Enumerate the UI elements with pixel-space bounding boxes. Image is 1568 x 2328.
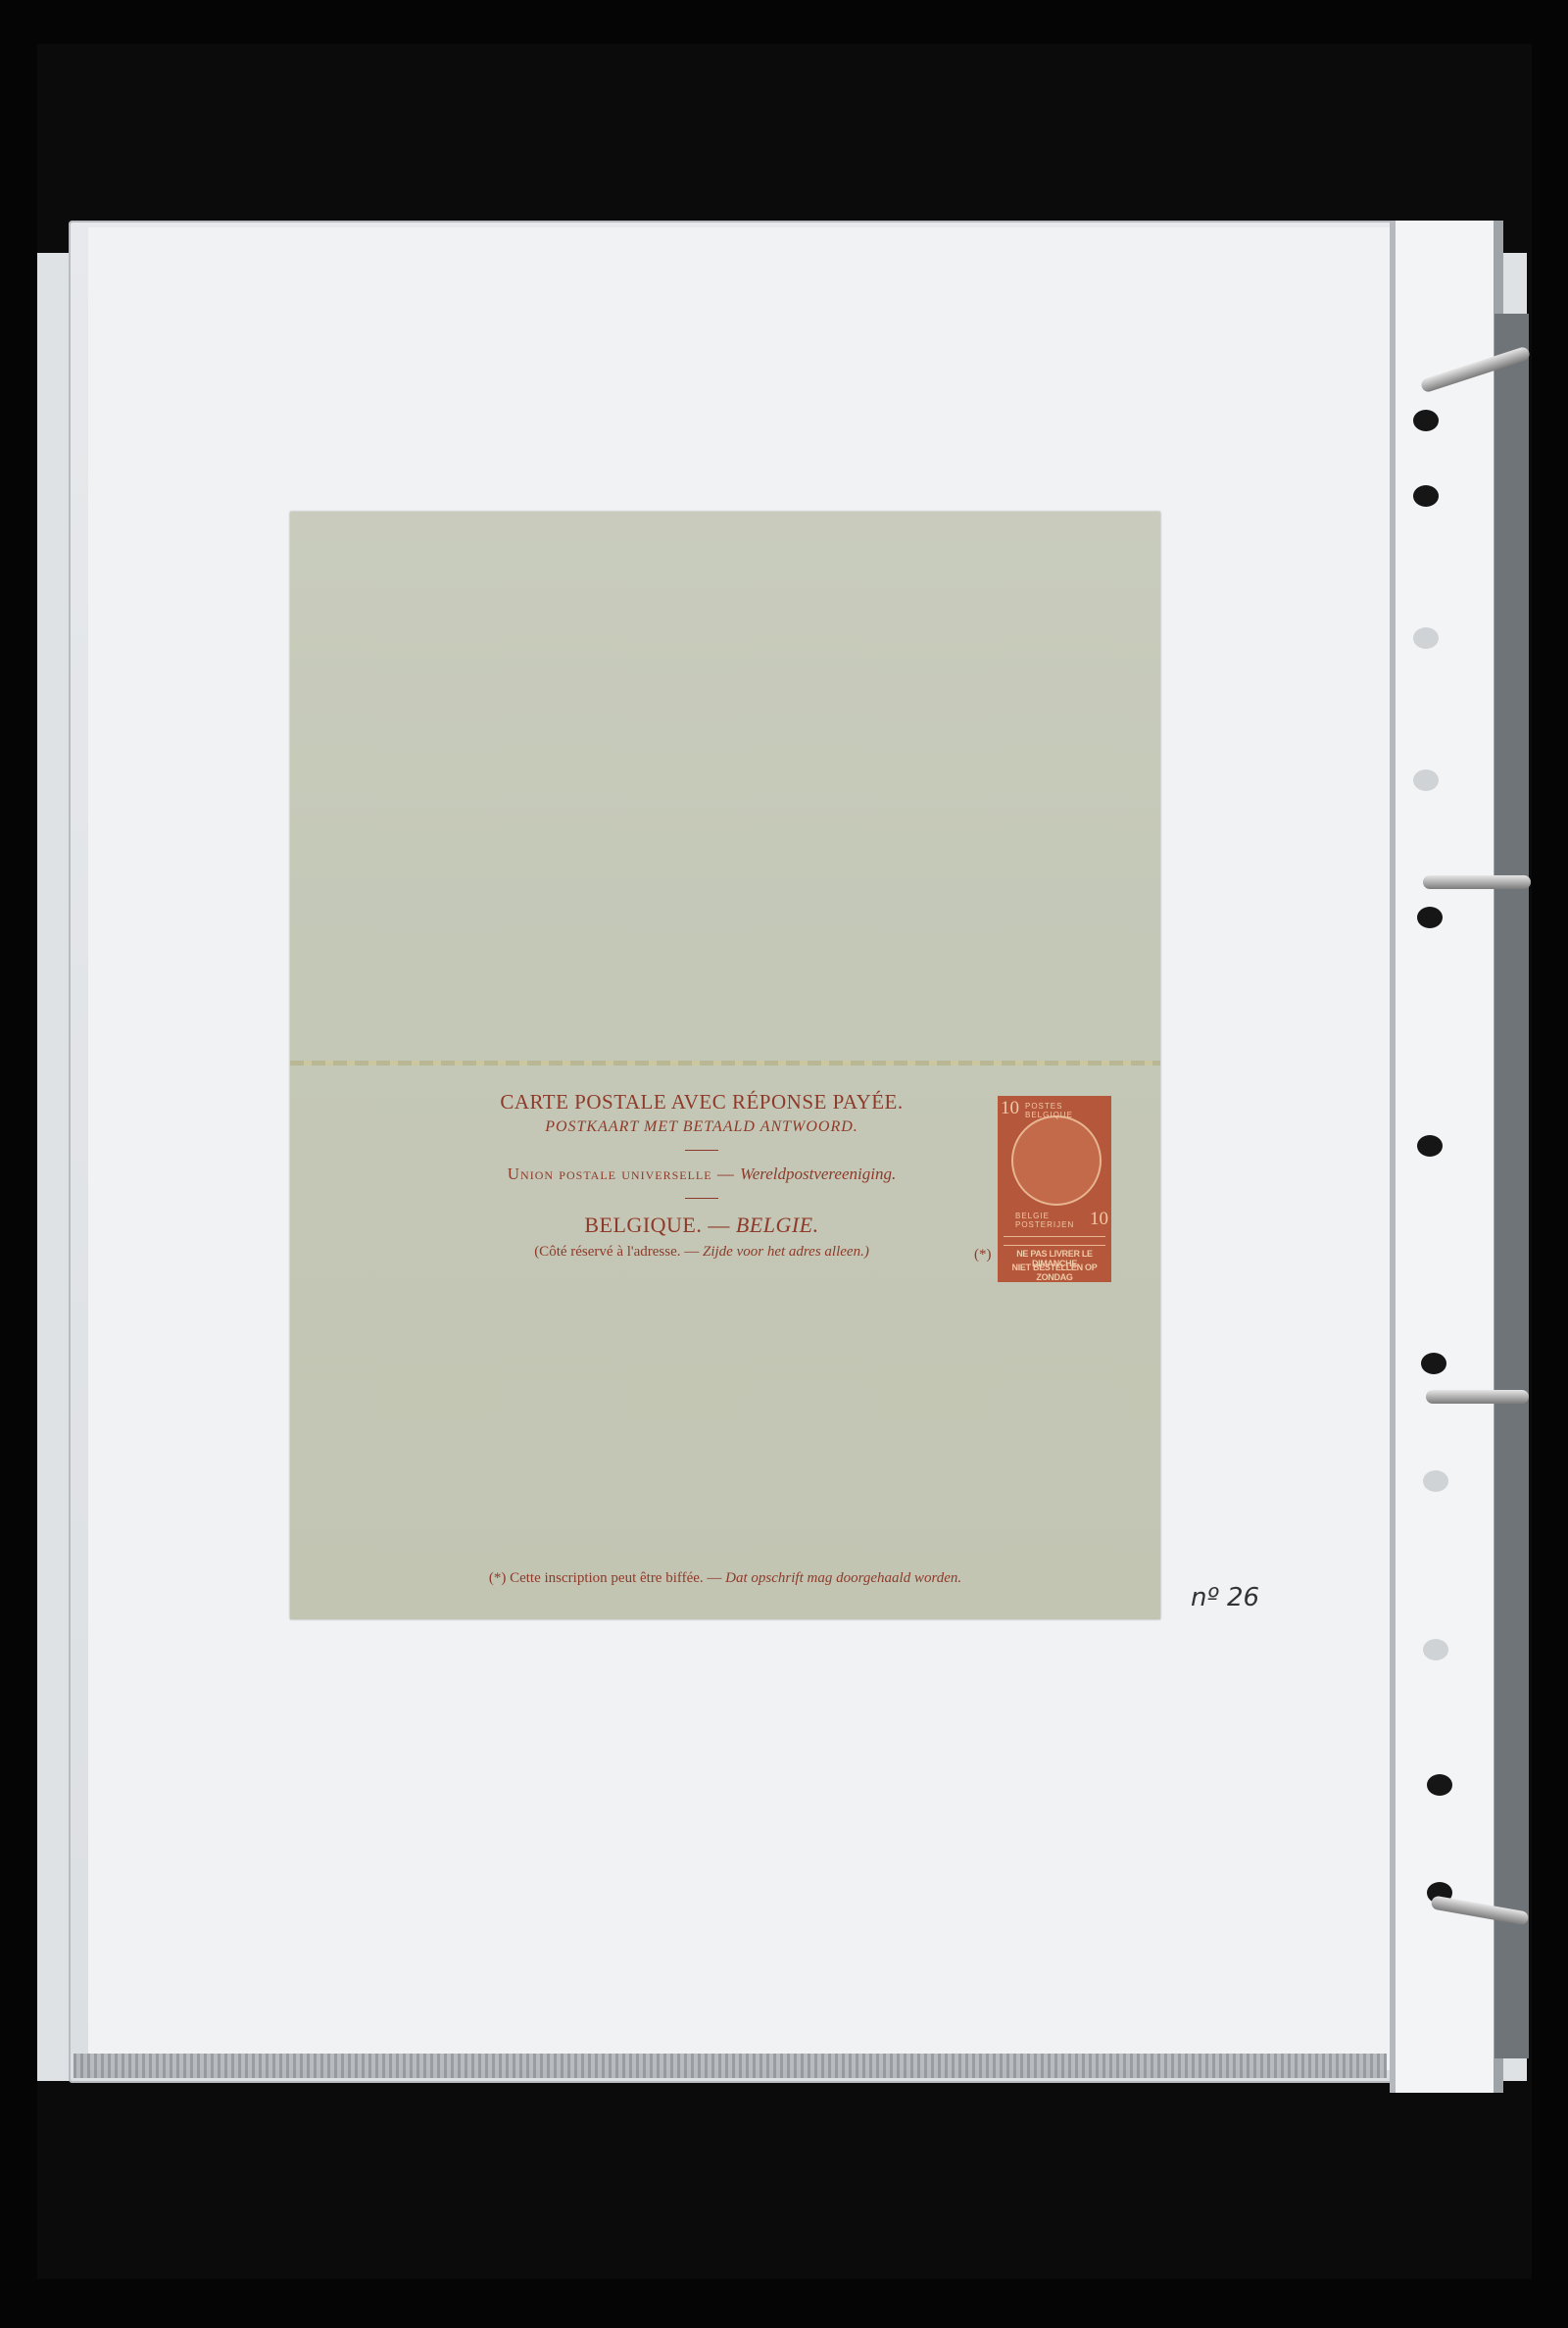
punch-hole [1427, 1774, 1452, 1796]
punch-hole [1417, 1135, 1443, 1157]
binder-ring [1426, 1390, 1529, 1404]
union-line: Union postale universelle — Wereldpostve… [349, 1164, 1054, 1184]
address-line: (Côté réservé à l'adresse. — Zijde voor … [349, 1244, 1054, 1261]
separator: — [702, 1213, 736, 1237]
title-nl: POSTKAART MET BETAALD ANTWOORD. [349, 1118, 1054, 1136]
asterisk-mark: (*) [974, 1247, 992, 1263]
card-fold-line [290, 1061, 1160, 1065]
punch-hole [1413, 627, 1439, 649]
separator: — [712, 1164, 741, 1183]
card-header-text: CARTE POSTALE AVEC RÉPONSE PAYÉE. POSTKA… [349, 1090, 1054, 1261]
punch-hole [1413, 410, 1439, 431]
binder-spine [1494, 314, 1529, 2058]
postal-card: CARTE POSTALE AVEC RÉPONSE PAYÉE. POSTKA… [290, 512, 1160, 1619]
punch-hole [1413, 769, 1439, 791]
punch-hole [1423, 1470, 1448, 1492]
stamp-value: 10 [1090, 1209, 1108, 1230]
imprinted-stamp: POSTES BELGIQUE 10 BELGIE POSTERIJEN 10 … [998, 1096, 1111, 1282]
divider [685, 1150, 718, 1151]
punch-hole [1413, 485, 1439, 507]
stamp-value: 10 [1001, 1098, 1019, 1119]
punched-strip [1390, 221, 1503, 2093]
stamp-label-nl: NIET BESTELLEN OP ZONDAG [1000, 1263, 1109, 1282]
country-fr: BELGIQUE. [584, 1213, 702, 1237]
sleeve-bottom-edge [73, 2054, 1387, 2078]
footnote-fr: (*) Cette inscription peut être biffée. … [489, 1570, 725, 1586]
stamp-top-text: POSTES BELGIQUE [1025, 1102, 1111, 1119]
punch-hole [1421, 1353, 1446, 1374]
country-nl: BELGIE. [736, 1213, 819, 1237]
title-fr: CARTE POSTALE AVEC RÉPONSE PAYÉE. [349, 1090, 1054, 1114]
country-line: BELGIQUE. — BELGIE. [349, 1213, 1054, 1238]
address-nl: Zijde voor het adres alleen.) [703, 1244, 869, 1260]
stamp-ornament [1004, 1236, 1105, 1246]
punch-hole [1417, 907, 1443, 928]
king-portrait-icon [1011, 1115, 1102, 1206]
union-fr: Union postale universelle [508, 1164, 712, 1183]
divider [685, 1198, 718, 1199]
handwritten-number: nº 26 [1191, 1583, 1259, 1612]
binder-ring [1423, 875, 1531, 889]
footnote: (*) Cette inscription peut être biffée. … [290, 1570, 1160, 1587]
footnote-nl: Dat opschrift mag doorgehaald worden. [725, 1570, 961, 1586]
union-nl: Wereldpostvereeniging. [740, 1164, 896, 1183]
address-fr: (Côté réservé à l'adresse. — [534, 1244, 703, 1260]
punch-hole [1423, 1639, 1448, 1660]
